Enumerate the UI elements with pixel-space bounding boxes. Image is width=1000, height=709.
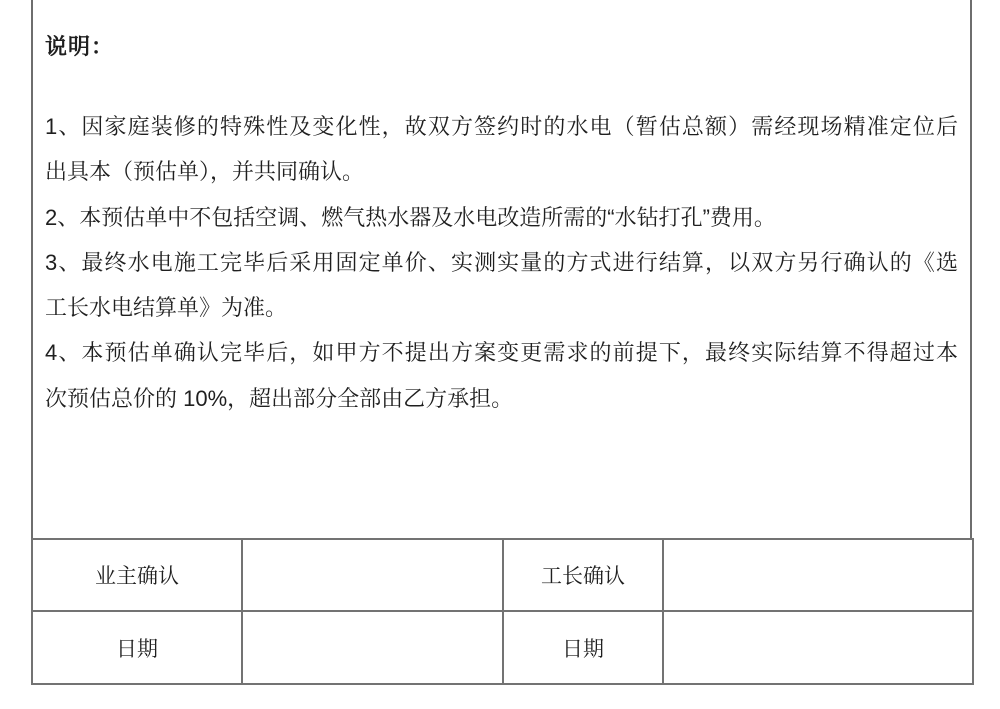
signature-table-row-confirm: 业主确认 工长确认 — [32, 539, 973, 611]
signature-table: 业主确认 工长确认 日期 日期 — [31, 538, 974, 685]
note-line-4: 3、最终水电施工完毕后采用固定单价、实测实量的方式进行结算，以双方另行确认的《选 — [45, 240, 958, 285]
note-line-2: 出具本（预估单），并共同确认。 — [45, 149, 958, 194]
owner-signature-cell — [242, 539, 503, 611]
foreman-confirm-label: 工长确认 — [503, 539, 663, 611]
page-left-border — [31, 0, 33, 540]
foreman-signature-cell — [663, 539, 973, 611]
note-line-1: 1、因家庭装修的特殊性及变化性，故双方签约时的水电（暂估总额）需经现场精准定位后 — [45, 104, 958, 149]
owner-confirm-label: 业主确认 — [32, 539, 242, 611]
notes-body: 1、因家庭装修的特殊性及变化性，故双方签约时的水电（暂估总额）需经现场精准定位后… — [45, 104, 958, 421]
note-line-3: 2、本预估单中不包括空调、燃气热水器及水电改造所需的“水钻打孔”费用。 — [45, 195, 958, 240]
notes-heading: 说明： — [45, 30, 114, 61]
note-line-5: 工长水电结算单》为准。 — [45, 285, 958, 330]
foreman-date-cell — [663, 611, 973, 684]
page-right-border — [970, 0, 972, 540]
document-page: 说明： 1、因家庭装修的特殊性及变化性，故双方签约时的水电（暂估总额）需经现场精… — [0, 0, 1000, 709]
signature-table-row-date: 日期 日期 — [32, 611, 973, 684]
note-line-7: 次预估总价的 10%，超出部分全部由乙方承担。 — [45, 376, 958, 421]
owner-date-label: 日期 — [32, 611, 242, 684]
owner-date-cell — [242, 611, 503, 684]
foreman-date-label: 日期 — [503, 611, 663, 684]
note-line-6: 4、本预估单确认完毕后，如甲方不提出方案变更需求的前提下，最终实际结算不得超过本 — [45, 330, 958, 375]
